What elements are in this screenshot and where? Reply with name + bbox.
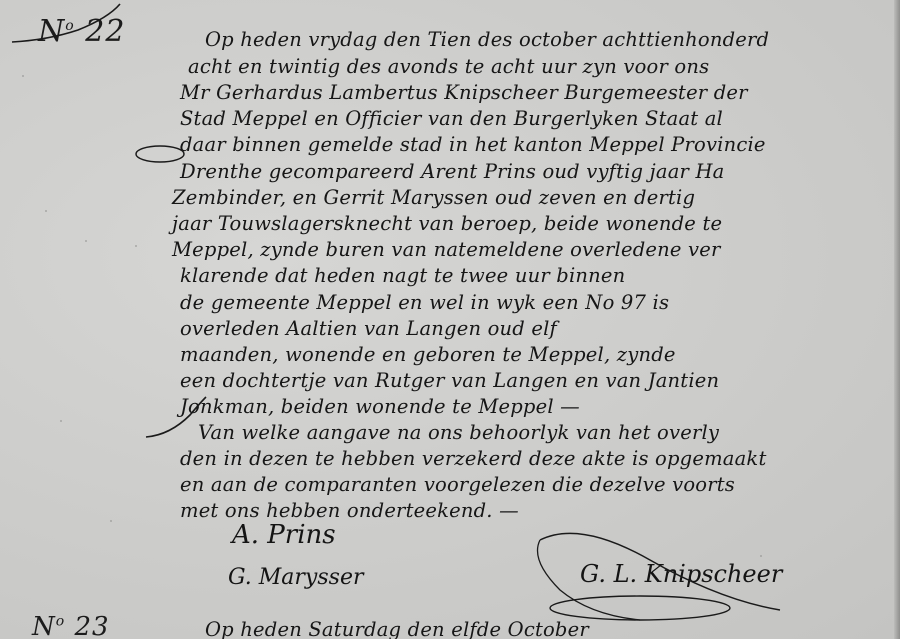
paper-speck <box>85 240 87 242</box>
paper-speck <box>135 245 137 247</box>
record-line: acht en twintig des avonds te acht uur z… <box>188 55 709 78</box>
record-number-23: No 23 <box>32 612 110 639</box>
record-line: Mr Gerhardus Lambertus Knipscheer Burgem… <box>180 81 748 104</box>
record-line: een dochtertje van Rutger van Langen en … <box>180 369 719 392</box>
record-line: Drenthe gecompareerd Arent Prins oud vyf… <box>180 160 725 183</box>
record-number-22: No 22 <box>38 14 125 49</box>
record-line: overleden Aaltien van Langen oud elf <box>180 317 557 340</box>
signature-witness-2: G. Marysser <box>228 565 363 590</box>
paper-speck <box>110 520 112 522</box>
record-line: en aan de comparanten voorgelezen die de… <box>180 473 735 496</box>
paper-speck <box>22 75 24 77</box>
record-line: Op heden vrydag den Tien des october ach… <box>205 28 769 51</box>
record-number-value: 23 <box>74 612 109 639</box>
paper-speck <box>60 420 62 422</box>
record-23-first-line: Op heden Saturdag den elfde October <box>205 618 589 639</box>
signature-official: G. L. Knipscheer <box>580 560 782 588</box>
record-line: Van welke aangave na ons behoorlyk van h… <box>198 421 719 444</box>
signature-witness-1: A. Prins <box>232 520 336 550</box>
record-line: Meppel, zynde buren van natemeldene over… <box>172 238 721 261</box>
record-number-prefix: N <box>32 612 56 639</box>
record-number-suffix: o <box>56 613 65 629</box>
record-line: Jonkman, beiden wonende te Meppel — <box>180 395 580 418</box>
record-line: den in dezen te hebben verzekerd deze ak… <box>180 447 767 470</box>
record-line: met ons hebben onderteekend. — <box>180 499 519 522</box>
record-line: jaar Touwslagersknecht van beroep, beide… <box>172 212 722 235</box>
record-line: klarende dat heden nagt te twee uur binn… <box>180 264 625 287</box>
record-line: Zembinder, en Gerrit Maryssen oud zeven … <box>172 186 695 209</box>
record-line: daar binnen gemelde stad in het kanton M… <box>180 133 766 156</box>
record-number-value: 22 <box>85 14 125 49</box>
record-line: maanden, wonende en geboren te Meppel, z… <box>180 343 676 366</box>
paper-speck <box>760 555 762 557</box>
page-edge <box>894 0 900 639</box>
record-line: Stad Meppel en Officier van den Burgerly… <box>180 107 723 130</box>
record-line: de gemeente Meppel en wel in wyk een No … <box>180 291 669 314</box>
record-number-prefix: N <box>38 14 65 49</box>
record-number-suffix: o <box>65 18 74 34</box>
paper-speck <box>45 210 47 212</box>
